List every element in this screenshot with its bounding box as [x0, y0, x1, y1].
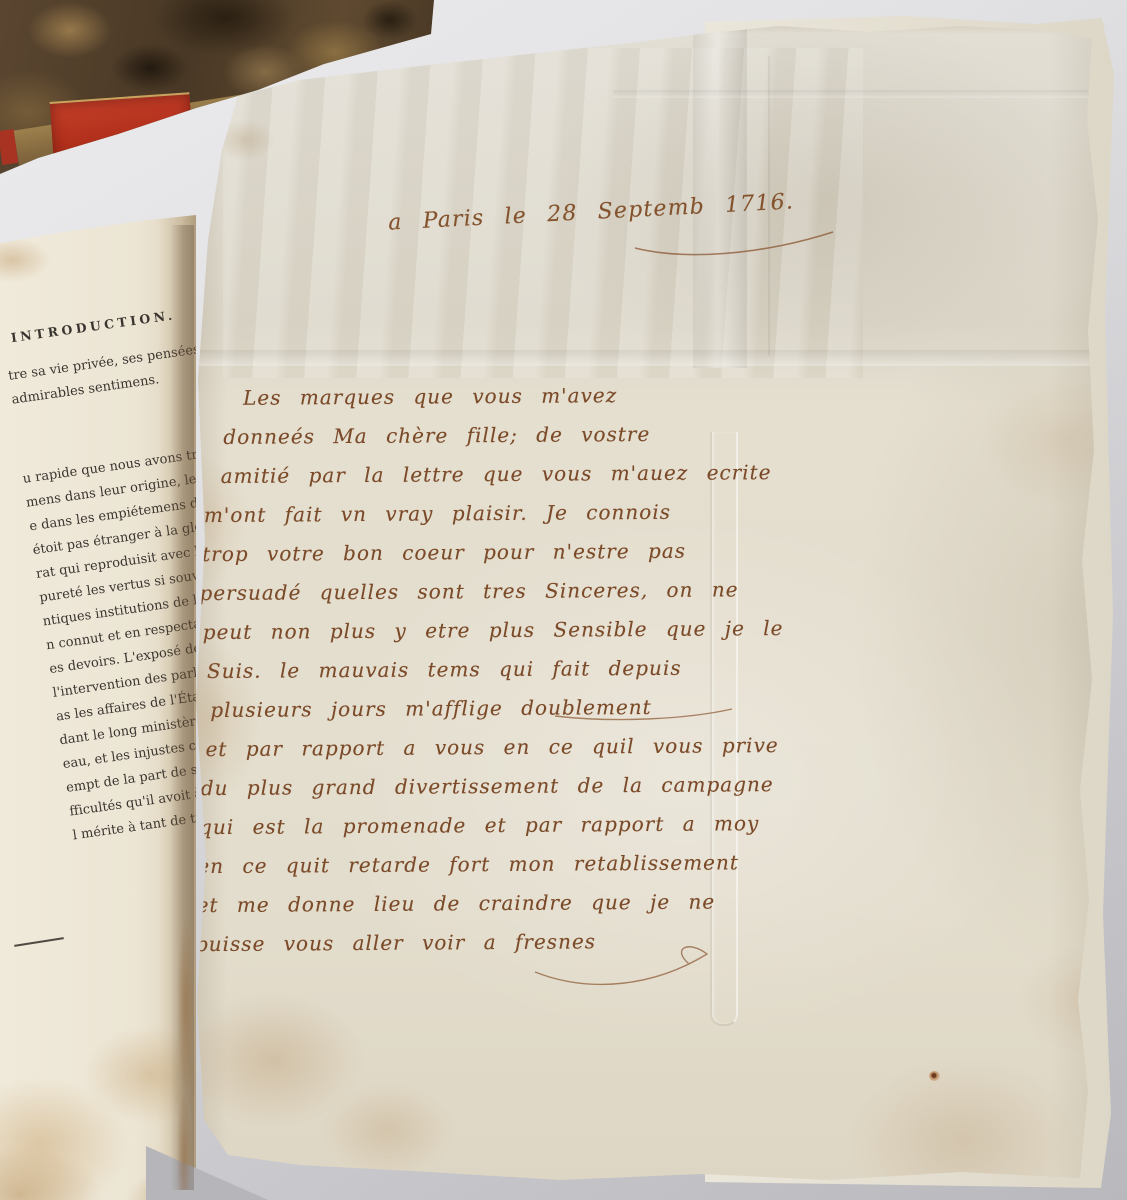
printed-page: INTRODUCTION. tre sa vie privée, ses pen… [0, 215, 196, 1200]
red-spine-label [50, 92, 195, 174]
handwritten-line: puisse vous aller voir a fresnes [195, 919, 1110, 964]
handwritten-line: m'ont fait vn vray plaisir. Je connois [204, 490, 1107, 535]
handwritten-line: et par rapport a vous en ce quil vous pr… [205, 724, 1108, 769]
photo-scene: INTRODUCTION. tre sa vie privée, ses pen… [0, 0, 1127, 1200]
handwritten-line: donneés Ma chère fille; de vostre [223, 412, 1106, 457]
fold-crease-horizontal-top [613, 90, 1091, 98]
letter-sheet: a Paris le 28 Septemb 1716. Les marques … [183, 20, 1108, 1188]
handwritten-line: et me donne lieu de craindre que je ne [197, 880, 1110, 925]
handwritten-line: trop votre bon coeur pour n'estre pas [202, 529, 1107, 574]
handwritten-line: Suis. le mauvais tems qui fait depuis [207, 646, 1108, 691]
handwritten-line: qui est la promenade et par rapport a mo… [199, 802, 1109, 847]
handwritten-line: amitié par la lettre que vous m'auez ecr… [221, 451, 1107, 496]
handwritten-line: plusieurs jours m'afflige doublement [210, 685, 1108, 730]
ink-spot [929, 1071, 940, 1081]
handwritten-line: peut non plus y etre plus Sensible que j… [203, 607, 1108, 652]
handwritten-body: Les marques que vous m'avez donneés Ma c… [181, 373, 1110, 964]
handwritten-line: Les marques que vous m'avez [243, 373, 1106, 418]
handwritten-line: persuadé quelles sont tres Sinceres, on … [199, 568, 1107, 613]
handwritten-line: en ce quit retarde fort mon retablisseme… [197, 841, 1109, 886]
section-dash [14, 937, 64, 947]
gutter-shadow [170, 225, 194, 1190]
handwritten-line: du plus grand divertissement de la campa… [201, 763, 1109, 808]
fold-crease-horizontal [183, 350, 1108, 366]
